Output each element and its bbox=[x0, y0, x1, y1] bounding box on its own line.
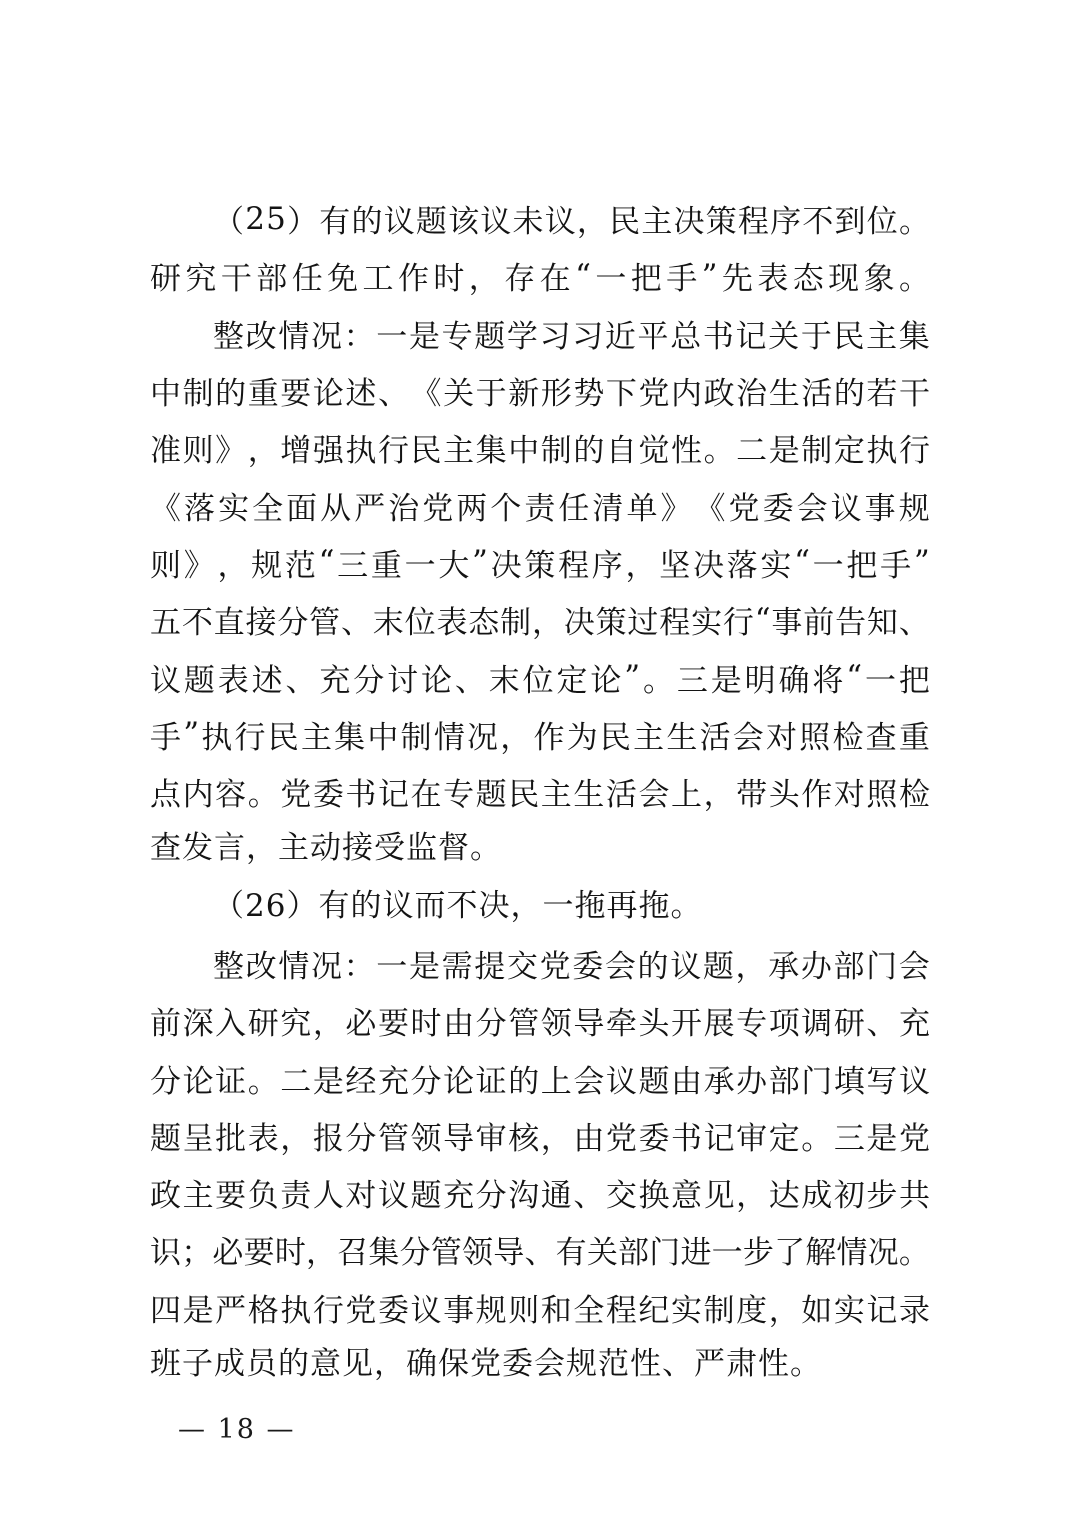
text-line: 研究干部任免工作时，存在“一把手”先表态现象。 bbox=[150, 247, 930, 304]
text-line: 题呈批表，报分管领导审核，由党委书记审定。三是党 bbox=[150, 1107, 930, 1164]
text-line: （26）有的议而不决，一拖再拖。 bbox=[150, 878, 930, 935]
text-line: 点内容。党委书记在专题民主生活会上，带头作对照检 bbox=[150, 763, 930, 820]
text-line: 查发言，主动接受监督。 bbox=[150, 820, 930, 877]
text-line: 整改情况：一是专题学习习近平总书记关于民主集 bbox=[150, 305, 930, 362]
text-line: 《落实全面从严治党两个责任清单》《党委会议事规 bbox=[150, 476, 930, 533]
text-line: 四是严格执行党委议事规则和全程纪实制度，如实记录 bbox=[150, 1279, 930, 1336]
text-line: 议题表述、充分讨论、末位定论”。三是明确将“一把 bbox=[150, 648, 930, 705]
text-line: 五不直接分管、末位表态制，决策过程实行“事前告知、 bbox=[150, 591, 930, 648]
document-page: （25）有的议题该议未议，民主决策程序不到位。 研究干部任免工作时，存在“一把手… bbox=[0, 0, 1080, 1528]
text-block: （25）有的议题该议未议，民主决策程序不到位。 研究干部任免工作时，存在“一把手… bbox=[150, 190, 930, 1393]
text-line: （25）有的议题该议未议，民主决策程序不到位。 bbox=[150, 190, 930, 247]
text-line: 前深入研究，必要时由分管领导牵头开展专项调研、充 bbox=[150, 992, 930, 1049]
text-line: 分论证。二是经充分论证的上会议题由承办部门填写议 bbox=[150, 1049, 930, 1106]
text-line: 政主要负责人对议题充分沟通、交换意见，达成初步共 bbox=[150, 1164, 930, 1221]
page-number: — 18 — bbox=[178, 1414, 296, 1445]
text-line: 准则》，增强执行民主集中制的自觉性。二是制定执行 bbox=[150, 419, 930, 476]
text-line: 中制的重要论述、《关于新形势下党内政治生活的若干 bbox=[150, 362, 930, 419]
text-line: 手”执行民主集中制情况，作为民主生活会对照检查重 bbox=[150, 706, 930, 763]
text-line: 整改情况：一是需提交党委会的议题，承办部门会 bbox=[150, 935, 930, 992]
text-line: 则》，规范“三重一大”决策程序，坚决落实“一把手” bbox=[150, 534, 930, 591]
text-line: 识；必要时，召集分管领导、有关部门进一步了解情况。 bbox=[150, 1221, 930, 1278]
text-line: 班子成员的意见，确保党委会规范性、严肃性。 bbox=[150, 1336, 930, 1393]
